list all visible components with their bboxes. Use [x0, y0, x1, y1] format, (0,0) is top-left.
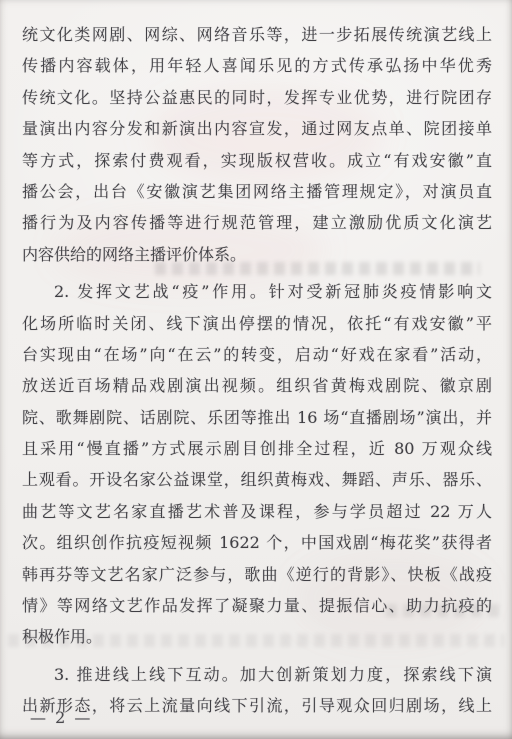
text-line: 传统文化。坚持公益惠民的同时，发挥专业优势，进行院团存 [22, 82, 492, 113]
text-line: 台实现由“在场”向“在云”的转变，启动“好戏在家看”活动， [22, 339, 492, 370]
page-footer: — 2 — [30, 708, 92, 727]
text-line: 出新形态，将云上流量向线下引流，引导观众回归剧场，线上 [22, 690, 492, 721]
page-number: — 2 — [30, 708, 92, 727]
text-line: 内容供给的网络主播评价体系。 [22, 239, 492, 270]
text-line: 且采用“慢直播”方式展示剧目创排全过程，近 80 万观众线 [22, 433, 492, 464]
document-page: 统文化类网剧、网综、网络音乐等，进一步拓展传统演艺线上传播内容载体，用年轻人喜闻… [0, 0, 512, 739]
text-line: 统文化类网剧、网综、网络音乐等，进一步拓展传统演艺线上 [22, 19, 492, 50]
text-line: 传播内容载体，用年轻人喜闻乐见的方式传承弘扬中华优秀 [22, 50, 492, 81]
text-line: 情》等网络文艺作品发挥了凝聚力量、提振信心、助力抗疫的 [22, 590, 492, 621]
text-line: 积极作用。 [22, 621, 492, 652]
text-line: 次。组织创作抗疫短视频 1622 个，中国戏剧“梅花奖”获得者 [22, 527, 492, 558]
document-body: 统文化类网剧、网综、网络音乐等，进一步拓展传统演艺线上传播内容载体，用年轻人喜闻… [0, 0, 512, 722]
text-line: 曲艺等文艺名家直播艺术普及课程，参与学员超过 22 万人 [22, 496, 492, 527]
text-line: 2. 发挥文艺战“疫”作用。针对受新冠肺炎疫情影响文 [22, 276, 492, 307]
text-line: 播公会，出台《安徽演艺集团网络主播管理规定》，对演员直 [22, 176, 492, 207]
text-line: 放送近百场精品戏剧演出视频。组织省黄梅戏剧院、徽京剧 [22, 370, 492, 401]
paragraph: 3. 推进线上线下互动。加大创新策划力度，探索线下演出新形态，将云上流量向线下引… [22, 659, 492, 722]
text-line: 化场所临时关闭、线下演出停摆的情况，依托“有戏安徽”平 [22, 308, 492, 339]
text-line: 上观看。开设名家公益课堂，组织黄梅戏、舞蹈、声乐、器乐、 [22, 464, 492, 495]
text-line: 播行为及内容传播等进行规范管理，建立激励优质文化演艺 [22, 207, 492, 238]
text-line: 院、歌舞剧院、话剧院、乐团等推出 16 场“直播剧场”演出，并 [22, 402, 492, 433]
text-line: 韩再芬等文艺名家广泛参与，歌曲《逆行的背影》、快板《战疫 [22, 559, 492, 590]
text-line: 等方式，探索付费观看，实现版权营收。成立“有戏安徽”直 [22, 145, 492, 176]
paragraph: 2. 发挥文艺战“疫”作用。针对受新冠肺炎疫情影响文化场所临时关闭、线下演出停摆… [22, 276, 492, 653]
paragraph: 统文化类网剧、网综、网络音乐等，进一步拓展传统演艺线上传播内容载体，用年轻人喜闻… [22, 19, 492, 270]
text-line: 量演出内容分发和新演出内容宣发，通过网友点单、院团接单 [22, 113, 492, 144]
text-line: 3. 推进线上线下互动。加大创新策划力度，探索线下演 [22, 659, 492, 690]
